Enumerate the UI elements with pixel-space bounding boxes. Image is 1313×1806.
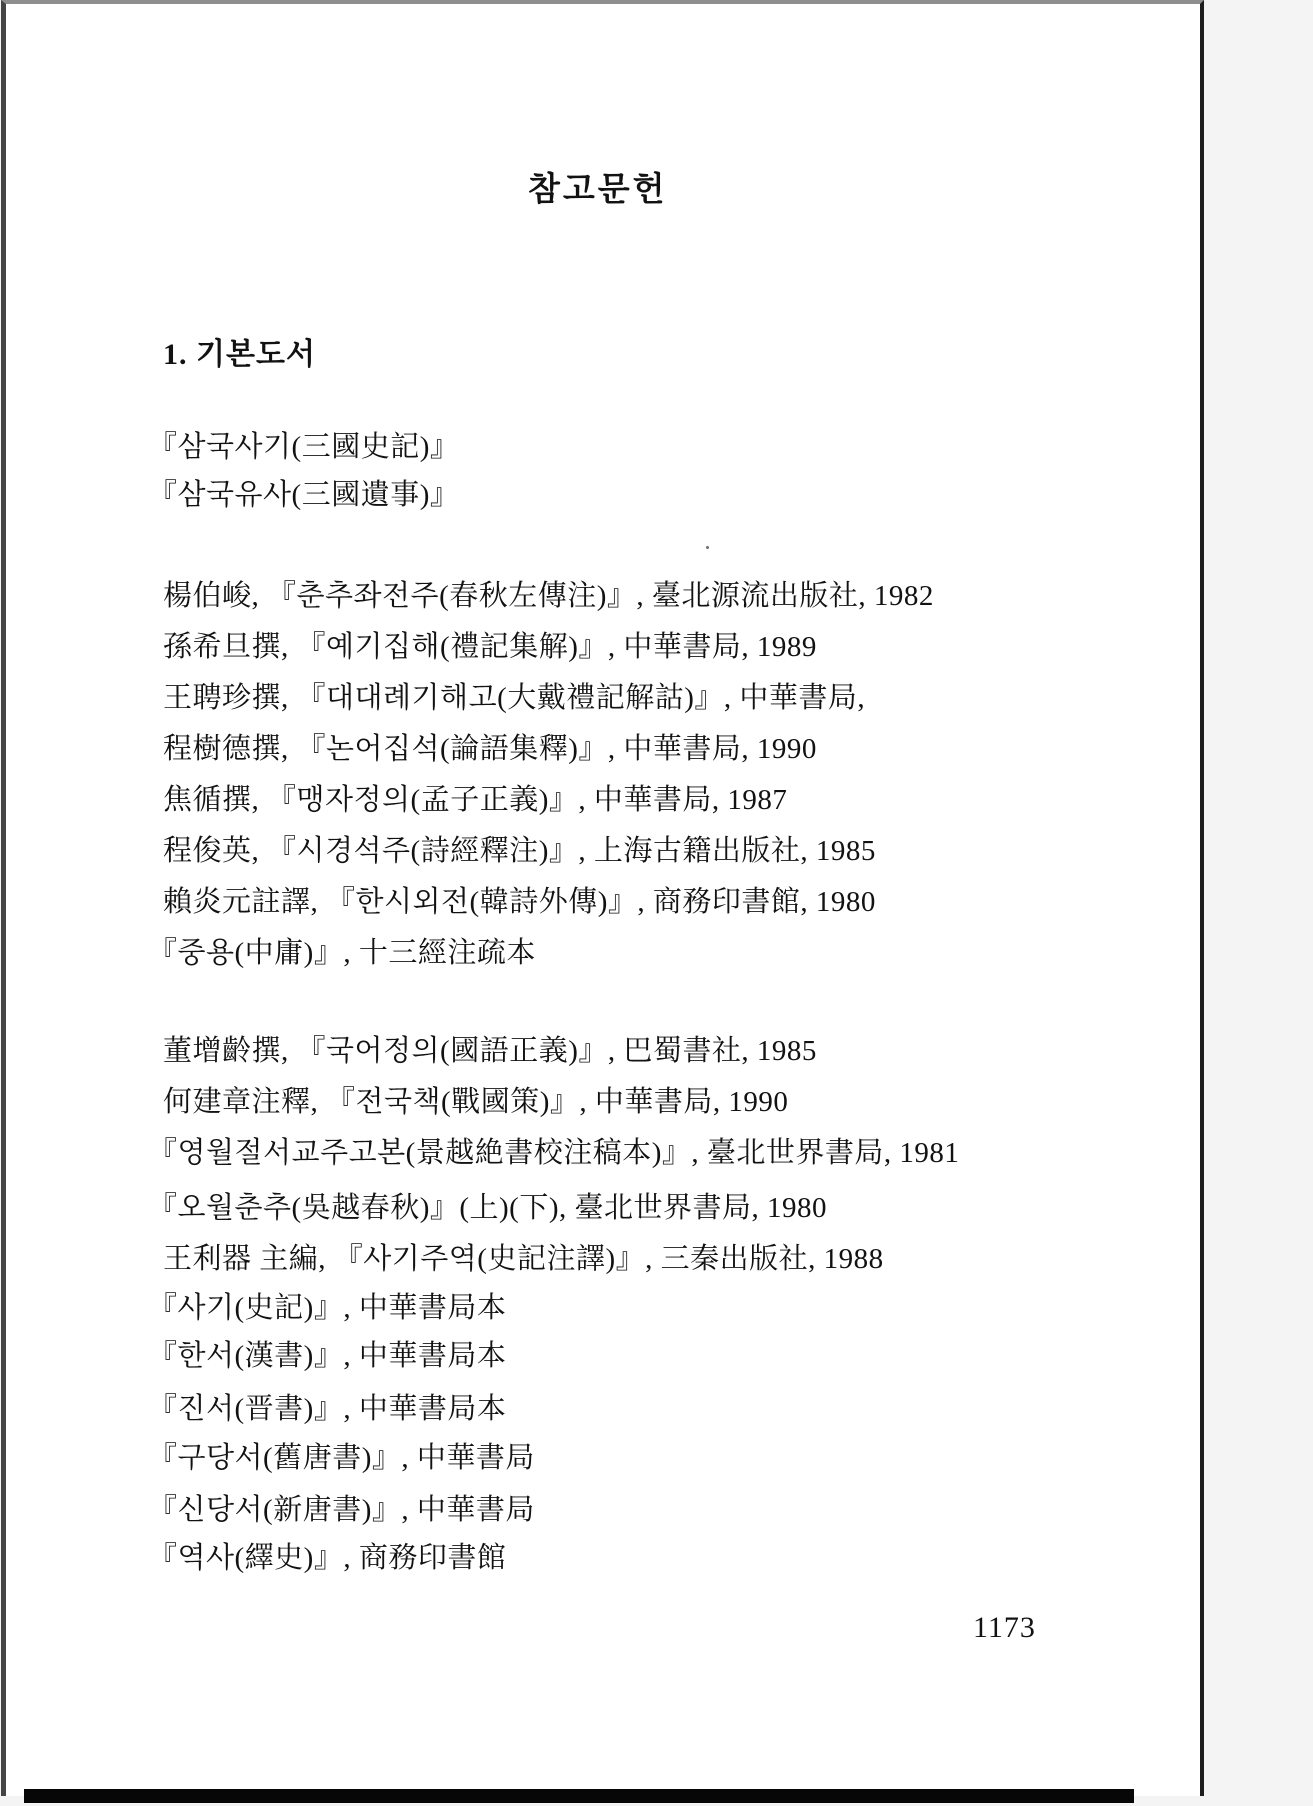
section-heading: 1. 기본도서 [163, 329, 316, 373]
scan-bottom-edge [24, 1789, 1134, 1803]
reference-line: 王利器 主編, 『사기주역(史記注譯)』, 三秦出版社, 1988 [163, 1236, 884, 1277]
reference-line: 『역사(繹史)』, 商務印書館 [148, 1535, 506, 1576]
reference-line: 『구당서(舊唐書)』, 中華書局 [148, 1435, 535, 1476]
reference-line: 『신당서(新唐書)』, 中華書局 [148, 1487, 535, 1528]
reference-line: 『한서(漢書)』, 中華書局本 [148, 1333, 506, 1374]
page-title: 참고문헌 [528, 163, 668, 210]
reference-line: 楊伯峻, 『춘추좌전주(春秋左傳注)』, 臺北源流出版社, 1982 [163, 573, 934, 614]
reference-line: 程俊英, 『시경석주(詩經釋注)』, 上海古籍出版社, 1985 [163, 828, 876, 869]
reference-line: 『오월춘추(吳越春秋)』(上)(下), 臺北世界書局, 1980 [148, 1185, 827, 1226]
reference-line: 賴炎元註譯, 『한시외전(韓詩外傳)』, 商務印書館, 1980 [163, 879, 876, 920]
reference-line: 程樹德撰, 『논어집석(論語集釋)』, 中華書局, 1990 [163, 726, 817, 767]
reference-line: 董增齡撰, 『국어정의(國語正義)』, 巴蜀書社, 1985 [163, 1028, 817, 1069]
reference-line: 何建章注釋, 『전국책(戰國策)』, 中華書局, 1990 [163, 1079, 788, 1120]
reference-line: 孫希旦撰, 『예기집해(禮記集解)』, 中華書局, 1989 [163, 624, 817, 665]
reference-line: 『진서(晋書)』, 中華書局本 [148, 1386, 506, 1427]
reference-line: 『중용(中庸)』, 十三經注疏本 [148, 930, 536, 971]
reference-line: 王聘珍撰, 『대대례기해고(大戴禮記解詁)』, 中華書局, [163, 675, 865, 716]
page-number: 1173 [973, 1611, 1036, 1645]
scan-background: 참고문헌 1. 기본도서 『삼국사기(三國史記)』 『삼국유사(三國遺事)』 楊… [0, 0, 1313, 1806]
scan-speck [706, 546, 709, 549]
reference-line: 焦循撰, 『맹자정의(孟子正義)』, 中華書局, 1987 [163, 777, 787, 818]
reference-line: 『삼국유사(三國遺事)』 [148, 472, 459, 513]
reference-line: 『삼국사기(三國史記)』 [148, 424, 459, 465]
reference-line: 『사기(史記)』, 中華書局本 [148, 1285, 506, 1326]
reference-line: 『영월절서교주고본(景越絶書校注稿本)』, 臺北世界書局, 1981 [148, 1130, 959, 1171]
